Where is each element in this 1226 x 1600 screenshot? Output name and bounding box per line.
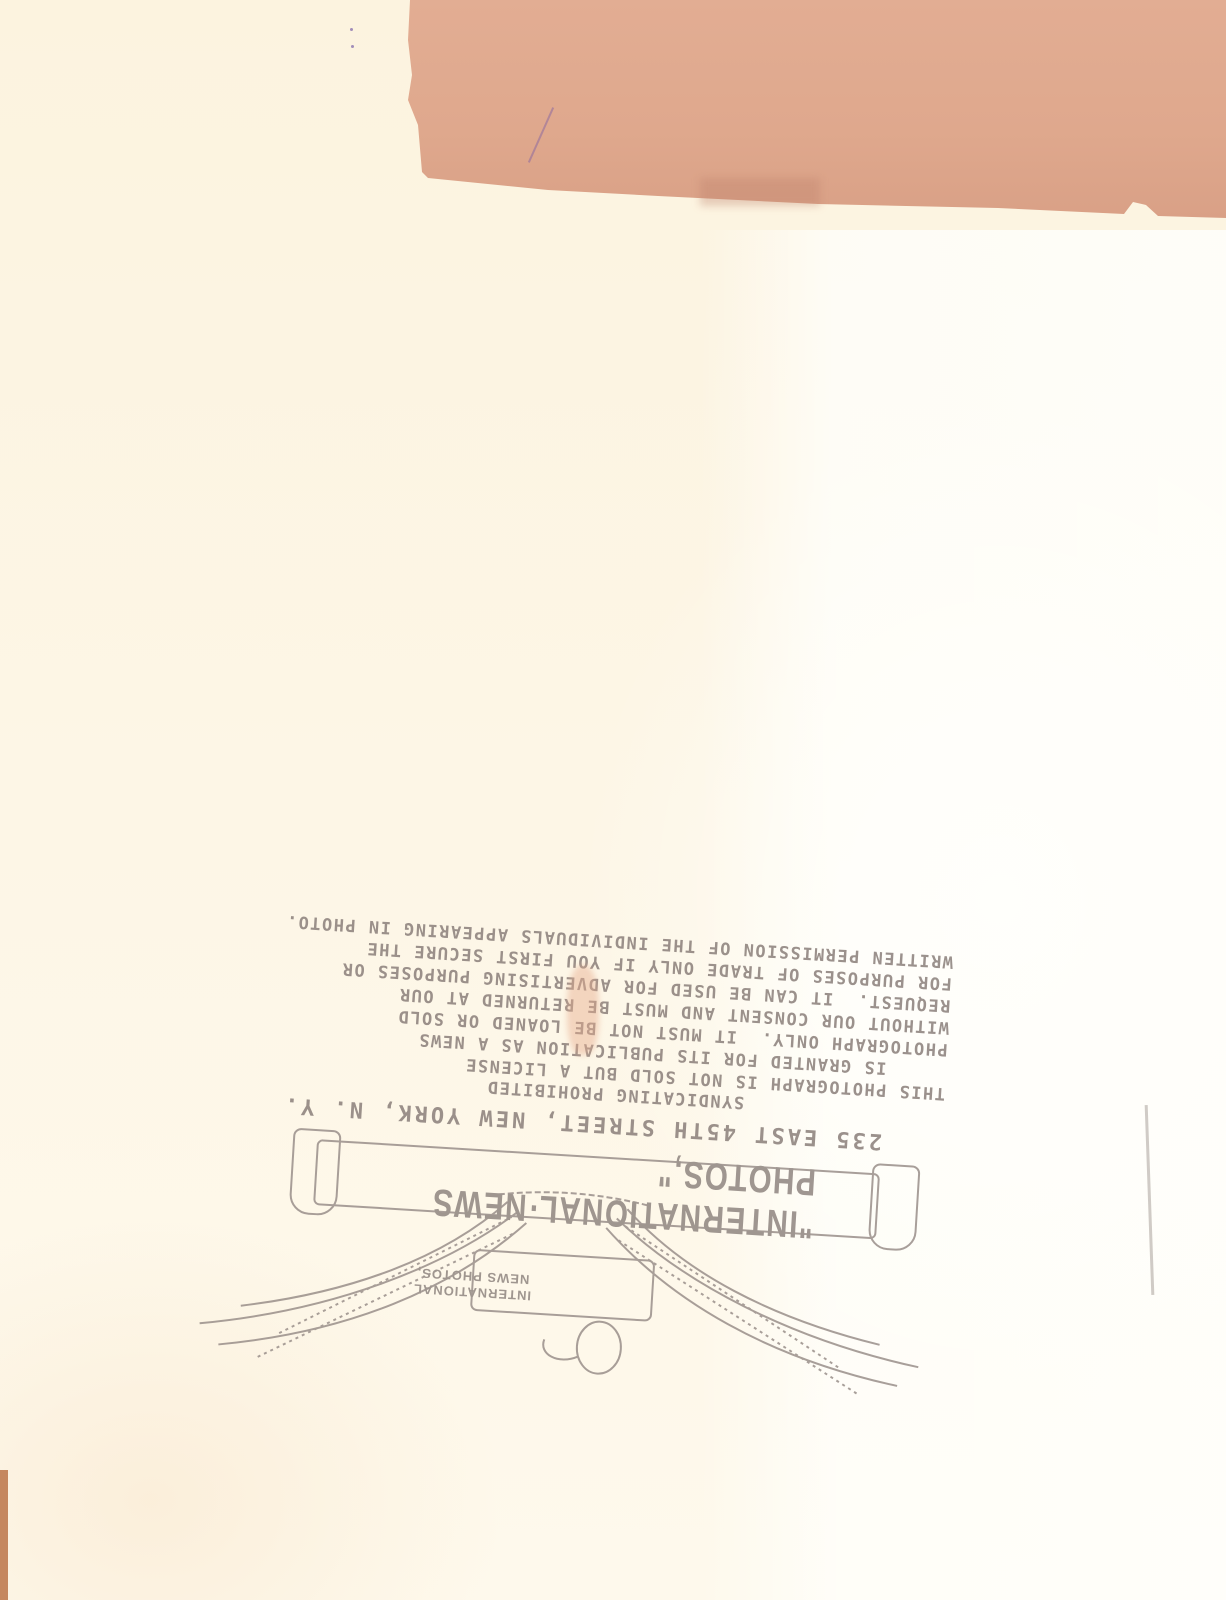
stamp-text-block: 235 EAST 45TH STREET, NEW YORK, N. Y. SY… (143, 902, 954, 1158)
mount-edge (0, 1470, 8, 1600)
ink-dot (350, 28, 353, 31)
water-stain (567, 965, 599, 1055)
ink-dot (351, 45, 354, 48)
tape-stain (700, 178, 820, 206)
agency-stamp: INTERNATIONAL NEWS PHOTOS, "INTERNATIONA… (187, 754, 1103, 1417)
